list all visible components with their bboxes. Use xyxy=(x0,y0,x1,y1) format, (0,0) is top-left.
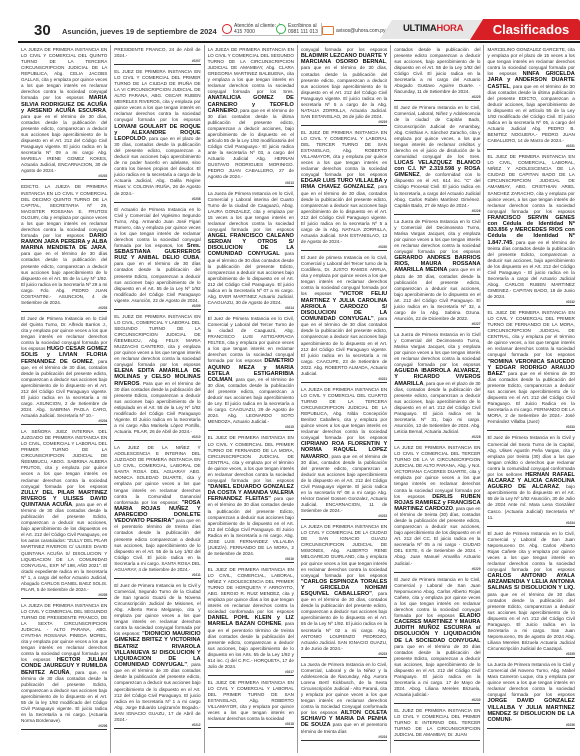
column-3: LA JUEZA DE PRIMERA INSTANCIA EN LO CIVI… xyxy=(205,45,298,753)
notice-code: #0210 xyxy=(114,435,200,439)
customer-service-number: 415 7000 xyxy=(234,29,255,35)
notice-body: LA JUEZ DE PRIMERA INSTANCIA EN LO CIVIL… xyxy=(394,445,480,498)
notice-body-continued: para que en el término de 30 días contad… xyxy=(208,496,294,556)
notice-spouses-names: BLADIMIR LEZCANO DUARTE Y MARCIANA OSORI… xyxy=(301,53,387,65)
notice-body: El Juez de primera Instancia en lo Civil… xyxy=(301,255,387,296)
notice-body: contados desde la publicación del presen… xyxy=(394,47,480,94)
legal-notice: LA JUEZ DE PRIMERA INSTANCIA EN LO CIVIL… xyxy=(394,443,480,572)
notice-code: #0208 xyxy=(114,197,200,201)
legal-notice: La Jueza de Primera Instancia en lo Civi… xyxy=(394,217,480,328)
whatsapp-contact: Escríbinos al0981 111 013 xyxy=(276,23,322,36)
notice-body: EL JUEZ DE PRIMERA INSTANCIA EN LO CIVIL… xyxy=(487,154,574,213)
notice-body-continued: , para que en el término de 30 días, con… xyxy=(21,108,107,174)
notice-body: EL JUEZ DE PRIMERA INSTANCIA EN LO CIVIL… xyxy=(114,314,200,367)
legal-notice: conyugal formada por los esposos BLADIMI… xyxy=(301,45,387,126)
email-address[interactable]: avisos@uhora.com.py xyxy=(336,28,386,34)
notice-body: EL JUEZ DE PRIMERA INSTANCIA EN LO CIVIL… xyxy=(208,680,294,721)
legal-notice: El Juez de Primera Instancia en lo Civil… xyxy=(114,581,200,729)
notice-code: #0203 xyxy=(21,306,107,310)
notice-code: #0218 xyxy=(208,722,294,726)
notice-body-continued: para que el término de 30 días contados … xyxy=(208,251,294,305)
issue-date: Asunción, jueves 19 de septiembre de 202… xyxy=(62,27,217,36)
legal-notice: LA JUEZA DE PRIMERA INSTANCIA EN LO CIVI… xyxy=(21,45,107,180)
notice-code: #0224 xyxy=(301,735,387,739)
notice-body: EDICTO. LA JUEZA DE PRIMERA INSTANCIA EN… xyxy=(21,184,107,237)
legal-notice: LA JUEZA DE PRIMERA INSTANCIA EN LO CIVI… xyxy=(208,45,294,187)
notice-spouses-names: CARLOS ANTONIO AYALA ARZAMENDIA Y LELIA … xyxy=(487,573,574,591)
notice-body: LA JUEZA DE PRIMERA INSTANCIA EN LO CIVI… xyxy=(208,47,294,94)
column-1: LA JUEZA DE PRIMERA INSTANCIA EN LO CIVI… xyxy=(18,45,111,753)
phone-icon xyxy=(222,24,232,34)
notice-code: #0226 xyxy=(394,209,480,213)
legal-notice: El Juez de Primera Instancia en lo Civil… xyxy=(208,314,294,431)
notice-body-continued: para que en el término de 30 días contad… xyxy=(487,371,574,425)
notice-code: #0236 xyxy=(487,723,574,727)
legal-notice: EL JUEZ DE PRIMERA INSTANCIA EN LO CIVIL… xyxy=(208,678,294,728)
notice-code: #0222 xyxy=(301,514,387,518)
legal-notice: El Juez de Primera Instancia en lo Civil… xyxy=(487,529,574,658)
notice-code: #0212 xyxy=(114,723,200,727)
notice-body: El Juez de Primera Instancia en lo Civil… xyxy=(487,435,574,476)
notice-code: #0215 xyxy=(208,425,294,429)
notice-body-continued: , para que, en término de 30 días contad… xyxy=(21,670,107,724)
legal-notice: El Juez de Primera Instancia en lo Civil… xyxy=(394,103,480,214)
notice-code: #0209 xyxy=(114,304,200,308)
whatsapp-number: 0981 111 013 xyxy=(288,29,318,35)
notice-body-continued: , para que en el término de 30 días, con… xyxy=(301,454,387,514)
legal-notice: EL JUEZ DE PRIMERA INSTANCIA EN LO CIVIL… xyxy=(114,312,200,441)
notice-body-continued: , para que en el término de 30 días, con… xyxy=(301,59,387,119)
brand-ultima: ULTIMA xyxy=(403,23,436,34)
notice-code: #0231 xyxy=(487,144,574,148)
notice-body-continued: , para que en el término de 30 días cont… xyxy=(114,255,200,302)
notice-body-continued: , para que, en el término de 30 días, co… xyxy=(208,377,294,424)
notice-body: El Juez de Primera Instancia en lo Civil… xyxy=(487,531,574,572)
notice-body-continued: , para que en el término de 30 días, con… xyxy=(301,591,387,651)
notice-code: #0211 xyxy=(114,573,200,577)
notice-code: #0219 xyxy=(301,120,387,124)
notice-body-continued: . Para que en el término de 30 días cont… xyxy=(114,381,200,435)
section-title: Clasificados xyxy=(470,19,580,40)
header-rule xyxy=(18,41,580,43)
notice-body-continued: , para que en el término de 30 días cont… xyxy=(21,245,107,305)
notice-code: #0233 xyxy=(487,425,574,429)
notice-body-continued: para que en el plazo de 30 días, contado… xyxy=(394,267,480,321)
notice-code: #0227 xyxy=(394,322,480,326)
legal-notice: EL JUEZ DE PRIMERA INSTANCIA EN LO CIVIL… xyxy=(114,67,200,202)
notice-body-continued: , para que en el perentorio término de t… xyxy=(208,621,294,668)
notice-code: #0234 xyxy=(487,521,574,525)
legal-notice: El Actuario de Primera Instancia en lo C… xyxy=(114,205,200,310)
notice-body-continued: , para que en el término de 30 días cont… xyxy=(208,108,294,180)
notice-body: EL JUEZ DE PRIMERA INSTANCIA EN LO CIVIL… xyxy=(114,69,200,122)
notice-body-continued: , para que en el término de 30 días, con… xyxy=(301,184,387,244)
notice-body-continued: , para que en el plazo de 30 días, conta… xyxy=(114,136,200,196)
notice-body: LA JUEZA DE PRIMERA INSTANCIA EN LO CIVI… xyxy=(301,524,387,577)
page-number: 30 xyxy=(34,22,51,39)
legal-notice: PRESIDENTE FRANCO, 24 de Abril de 2024.-… xyxy=(114,45,200,65)
whatsapp-icon xyxy=(276,24,286,34)
legal-notice: La Jueza de Primera Instancia en lo Civi… xyxy=(208,189,294,313)
notice-body-continued: , para que en el término de 30 días cont… xyxy=(21,502,107,592)
legal-notice: LA JUEZA DE PRIMERA INSTANCIA EN LO CIVI… xyxy=(21,601,107,730)
notice-code: #0232 xyxy=(487,300,574,304)
legal-notice: La Jueza de Primera Instancia en lo Civi… xyxy=(487,660,574,729)
notice-code: #0207 xyxy=(114,59,200,63)
legal-notice: El Juez de Primera Instancia en lo Civil… xyxy=(487,433,574,526)
notice-body: La Jueza de Primera Instancia en lo Civi… xyxy=(394,219,480,254)
notice-code: #0225 xyxy=(394,95,480,99)
notice-body: El Juez de Primera Instancia en lo Civil… xyxy=(394,105,480,158)
notice-body: PRESIDENTE FRANCO, 24 de Abril de 2024.- xyxy=(114,47,200,58)
column-5: contados desde la publicación del presen… xyxy=(391,45,484,753)
notice-body: El Juez de Primera Instancia en lo Civil… xyxy=(394,577,480,618)
brand-hora: HORA xyxy=(436,23,463,34)
notice-code: #0235 xyxy=(487,652,574,656)
email-contact: avisos@uhora.com.py xyxy=(322,26,386,35)
notice-body: La Jueza de Primera Instancia en lo Civi… xyxy=(208,191,294,232)
page-header: 30 Asunción, jueves 19 de septiembre de … xyxy=(0,0,580,40)
notice-body: conyugal formada por los esposos xyxy=(301,47,387,52)
notice-body-continued: para que en el perentorio término de tre… xyxy=(114,518,200,572)
notice-body-continued: para que en el término de 30 días contad… xyxy=(487,592,574,651)
notice-body-continued: , para que en el término de 30 días cont… xyxy=(487,84,574,144)
notice-body: LA SEÑORA JUEZ INTERINA DEL JUZGADO DE P… xyxy=(21,429,107,488)
notice-body-continued: para que en el término de 30 días contad… xyxy=(394,644,480,697)
notice-code: #0220 xyxy=(301,245,387,249)
customer-service-contact: Atención al cliente:415 7000 xyxy=(222,23,280,36)
mail-icon xyxy=(322,26,334,35)
notice-code: #0206 xyxy=(21,724,107,728)
notice-code: #0202 xyxy=(21,174,107,178)
notice-code: #0230 xyxy=(394,698,480,702)
legal-notice: La Jueza de Primera Instancia en lo Civi… xyxy=(301,660,387,741)
legal-notice: LA JUEZA DE PRIMERA INSTANCIA EN LO CIVI… xyxy=(301,522,387,657)
legal-notice: El Juez de Primera Instancia en lo Civil… xyxy=(21,314,107,425)
notice-code: #0213 xyxy=(208,181,294,185)
legal-notice: EL JUEZ DE PRIMERA INSTANCIA EN LO CIVIL… xyxy=(394,706,480,740)
notice-body-continued: , para que en el término de 30 días cont… xyxy=(114,662,200,722)
legal-notice: EL JUEZ DE PRIMERA INSTANCIA EN LO CIVIL… xyxy=(208,565,294,676)
legal-notice: La Jueza de Primera Instancia en lo Civi… xyxy=(394,330,480,441)
column-4: conyugal formada por los esposos BLADIMI… xyxy=(298,45,391,753)
notice-body-continued: , para que en el término de treinta días… xyxy=(487,240,574,300)
notice-body: EL JUEZ DE PRIMERA INSTANCIA EN LO CIVIL… xyxy=(301,130,387,177)
legal-notice: LA JUEZ DE LA NIÑEZ Y ADOLESCENCIA E INT… xyxy=(114,443,200,579)
legal-notice: EDICTO. LA JUEZA DE PRIMERA INSTANCIA EN… xyxy=(21,182,107,311)
notice-code: #0204 xyxy=(21,419,107,423)
notice-body: LA JUEZA DE PRIMERA INSTANCIA EN LO CIVI… xyxy=(21,47,107,100)
notice-body: El Juez de Primera Instancia en lo Civil… xyxy=(208,316,294,363)
notice-body: El Actuario de Primera Instancia en lo C… xyxy=(114,207,200,248)
notice-body: EL JUEZ DE PRIMERA INSTANCIA EN LO CIVIL… xyxy=(487,310,574,357)
column-2: PRESIDENTE FRANCO, 24 de Abril de 2024.-… xyxy=(111,45,204,753)
notice-body: LA JUEZ DE LA NIÑEZ Y ADOLESCENCIA E INT… xyxy=(114,445,200,504)
legal-notice: contados desde la publicación del presen… xyxy=(394,45,480,101)
notice-code: #0217 xyxy=(208,670,294,674)
notice-body: La Jueza de Primera Instancia en lo Civi… xyxy=(394,332,480,367)
legal-notice: LA JUEZA DE PRIMERA INSTANCIA EN LO CIVI… xyxy=(301,385,387,520)
legal-notice: EL JUEZ DE PRIMERA INSTANCIA EN LO CIVIL… xyxy=(487,152,574,306)
notice-body: EL JUEZ DE PRIMERA INSTANCIA EN LO CIVIL… xyxy=(208,567,294,614)
notice-code: #0216 xyxy=(208,557,294,561)
notice-body: El Juez de Primera Instancia en lo Civil… xyxy=(114,583,200,636)
notice-body-continued: , de conformidad con lo dispuesto en el … xyxy=(394,172,480,207)
notice-body: EL JUEZ DE PRIMERA INSTANCIA EN LO CIVIL… xyxy=(208,435,294,482)
notice-body-continued: , para que en el plazo de 30 días, conta… xyxy=(394,381,480,435)
notice-code: #0214 xyxy=(208,306,294,310)
legal-notice: EL JUEZ DE PRIMERA INSTANCIA EN LO CIVIL… xyxy=(208,433,294,562)
legal-notice: EL JUEZ DE PRIMERA INSTANCIA EN LO CIVIL… xyxy=(487,308,574,431)
legal-notice: LA SEÑORA JUEZ INTERINA DEL JUZGADO DE P… xyxy=(21,427,107,599)
notice-body: La Jueza de Primera Instancia en lo Civi… xyxy=(301,662,387,715)
legal-notice: El Juez de Primera Instancia en lo Civil… xyxy=(394,575,480,705)
brand-logo: ULTIMAHORA xyxy=(403,23,463,34)
notice-body: EL JUEZ DE PRIMERA INSTANCIA EN LO CIVIL… xyxy=(394,708,480,737)
classifieds-columns: LA JUEZA DE PRIMERA INSTANCIA EN LO CIVI… xyxy=(18,45,578,753)
notice-body-continued: , bajo apercibimiento de lo dispuesto en… xyxy=(487,484,574,519)
notice-code: #0223 xyxy=(301,652,387,656)
notice-body: LA JUEZA DE PRIMERA INSTANCIA EN LO CIVI… xyxy=(21,603,107,662)
notice-code: #0228 xyxy=(394,435,480,439)
legal-notice: MARCELINO GONZALEZ GARCETE, cita y empla… xyxy=(487,45,574,150)
notice-spouses-names: JORGE DAVID GONZALEZ VILLALBA Y JULIA MA… xyxy=(487,698,574,723)
notice-body-continued: , para que en el término de treinta (30)… xyxy=(394,506,480,566)
notice-body: LA JUEZA DE PRIMERA INSTANCIA EN LO CIVI… xyxy=(301,387,387,440)
legal-notice: El Juez de primera Instancia en lo Civil… xyxy=(301,253,387,383)
legal-notice: EL JUEZ DE PRIMERA INSTANCIA EN LO CIVIL… xyxy=(301,128,387,251)
notice-body-continued: , para que, en el término de 30 días, co… xyxy=(21,359,107,419)
notice-body-continued: , para que en el término de 30 días cont… xyxy=(301,316,387,376)
notice-code: #0205 xyxy=(21,593,107,597)
notice-code: #0229 xyxy=(394,567,480,571)
column-6: MARCELINO GONZALEZ GARCETE, cita y empla… xyxy=(484,45,577,753)
notice-body: La Jueza de Primera Instancia en lo Civi… xyxy=(487,662,574,697)
notice-code: #0221 xyxy=(301,377,387,381)
